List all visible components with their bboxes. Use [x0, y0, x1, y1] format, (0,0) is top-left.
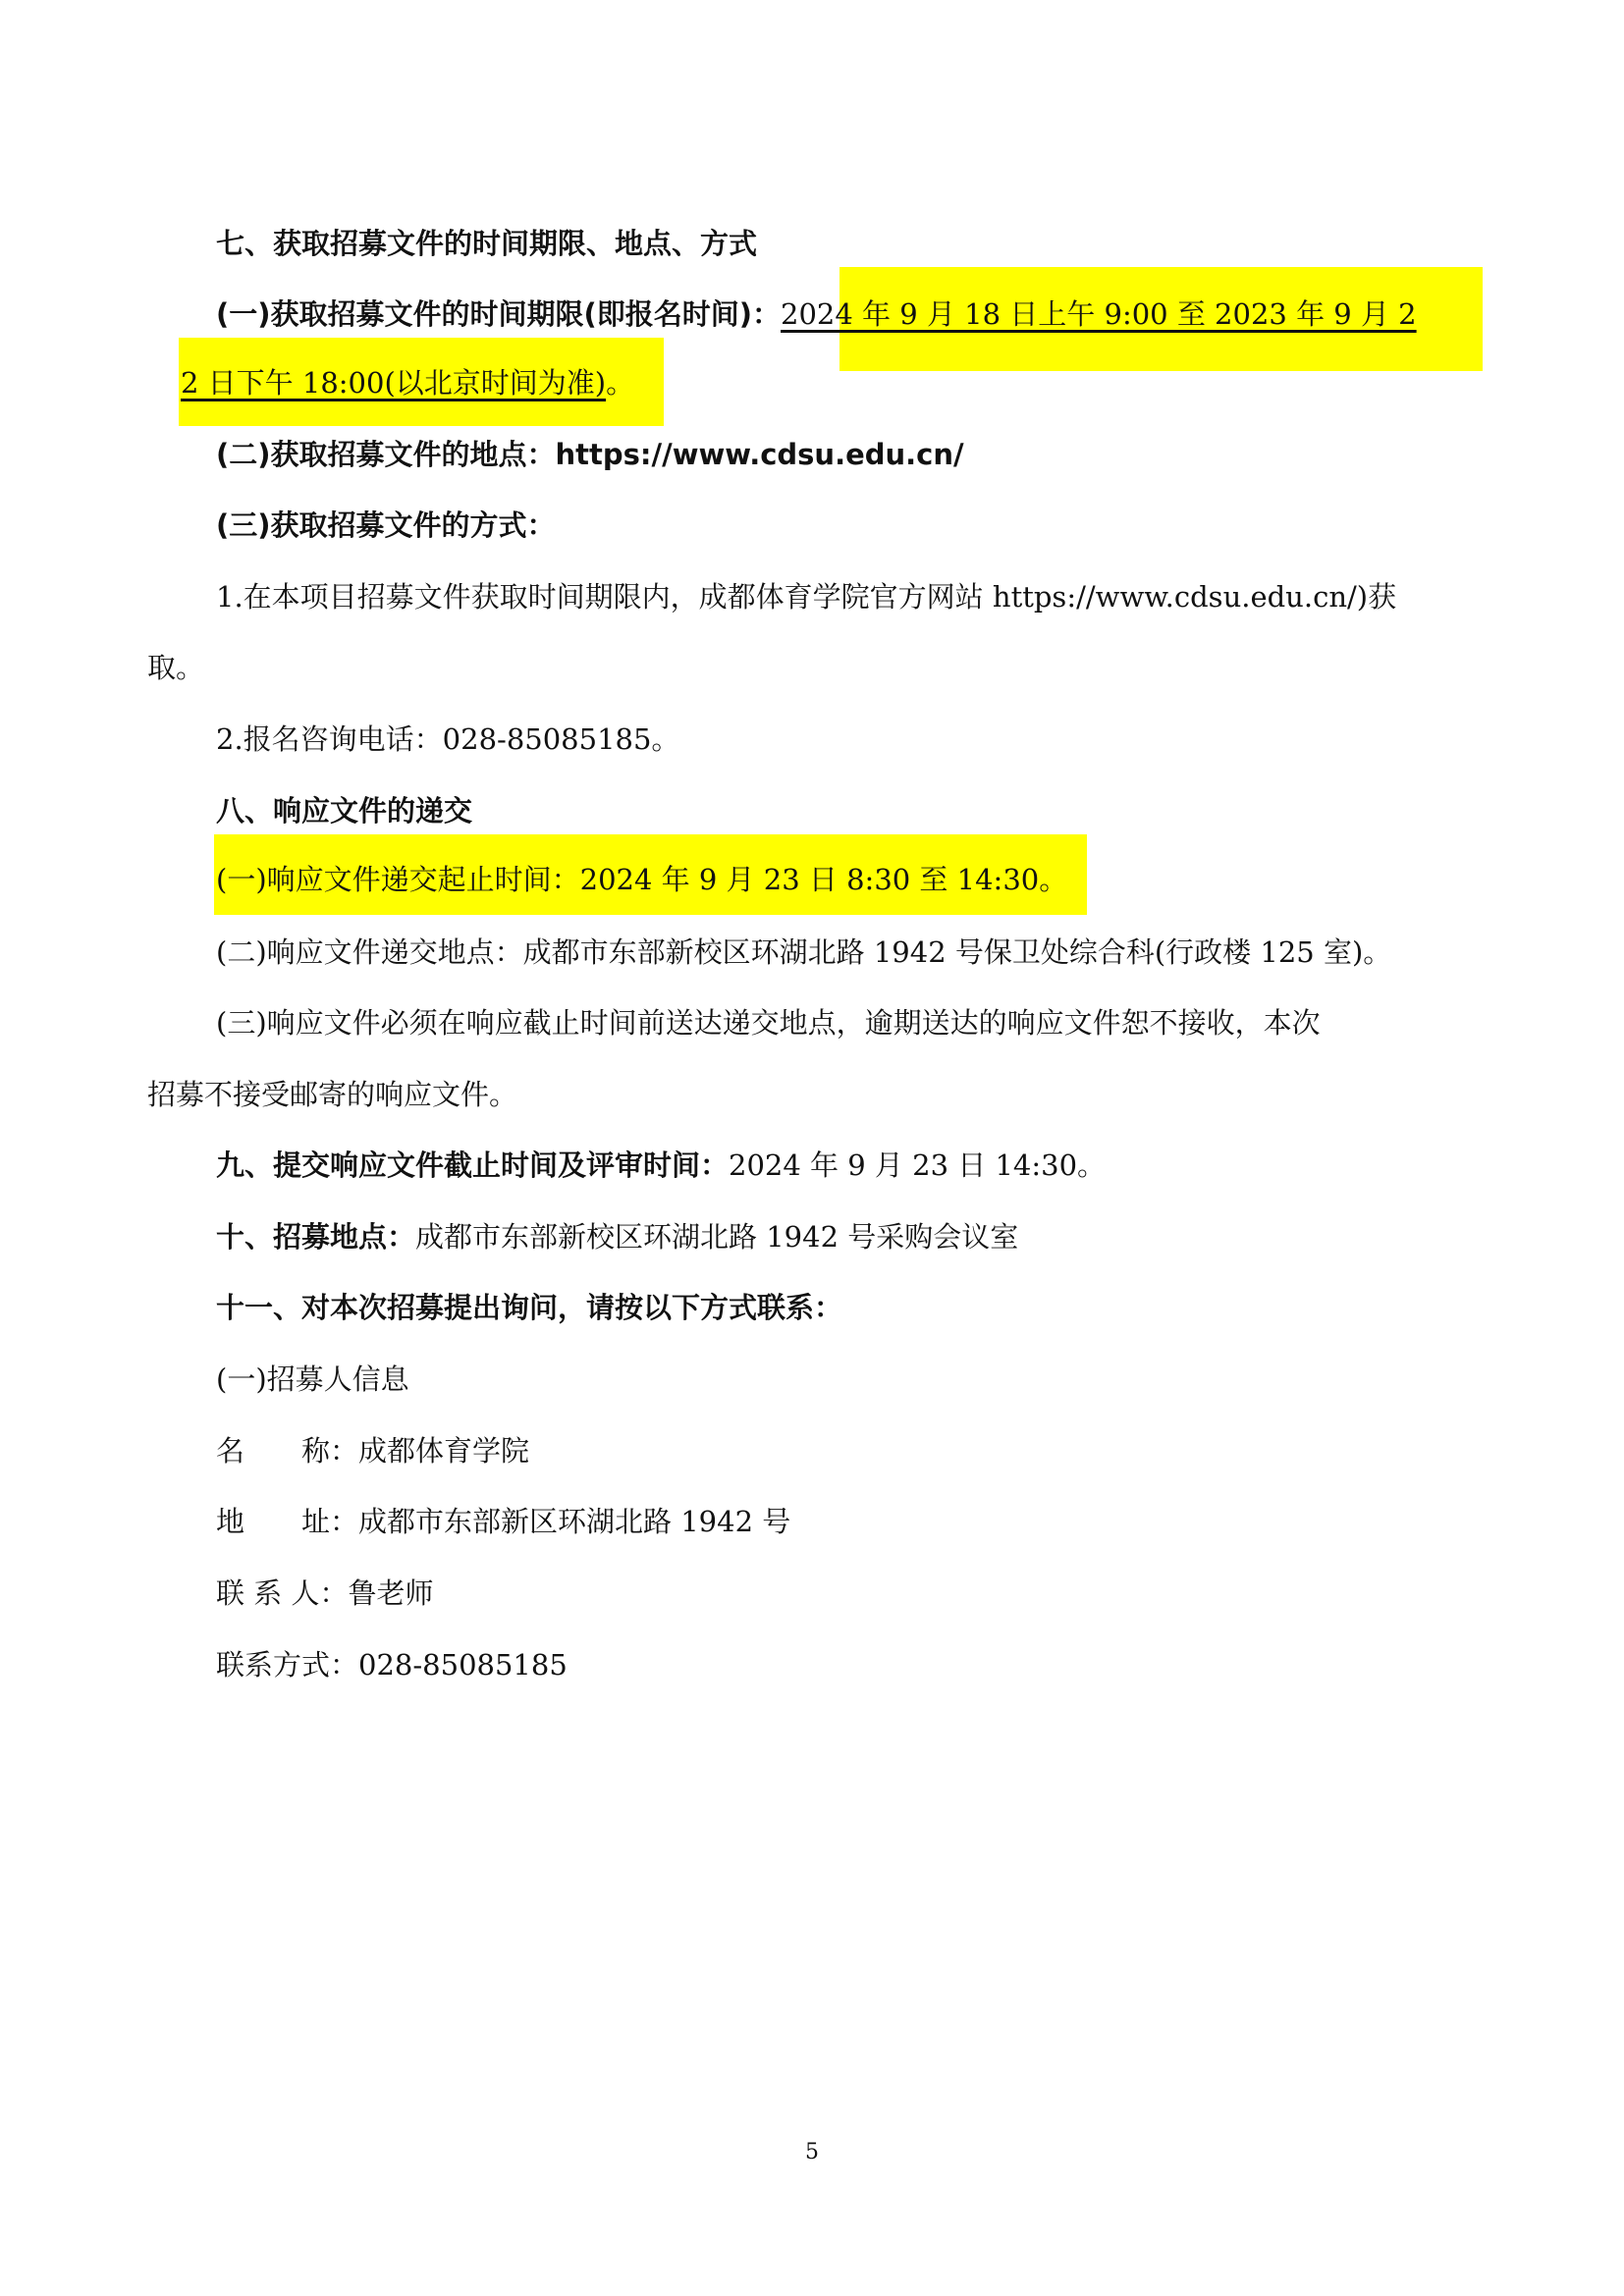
contact-address-row: 地 址：成都市东部新区环湖北路 1942 号: [216, 1502, 790, 1541]
sec8-item1: (一)响应文件递交起止时间：2024 年 9 月 23 日 8:30 至 14:…: [216, 860, 1067, 899]
sec7-item1: (一)获取招募文件的时间期限(即报名时间)：2024 年 9 月 18 日上午 …: [216, 294, 1417, 334]
sec7-item1-tail: 。: [606, 366, 634, 400]
sec10-value: 成都市东部新校区环湖北路 1942 号采购会议室: [415, 1220, 1018, 1254]
sec9: 九、提交响应文件截止时间及评审时间：2024 年 9 月 23 日 14:30。: [216, 1146, 1106, 1185]
sec11-sub-heading: (一)招募人信息: [216, 1360, 409, 1399]
section-8-heading: 八、响应文件的递交: [216, 791, 472, 830]
contact-address-value: 成都市东部新区环湖北路 1942 号: [358, 1505, 790, 1538]
contact-phone-row: 联系方式：028-85085185: [216, 1645, 568, 1684]
section-7-heading: 七、获取招募文件的时间期限、地点、方式: [216, 224, 757, 263]
section-9-heading: 九、提交响应文件截止时间及评审时间：: [216, 1148, 729, 1182]
contact-phone-value: 028-85085185: [358, 1648, 568, 1682]
contact-phone-label: 联系方式：: [216, 1645, 358, 1684]
sec10: 十、招募地点：成都市东部新校区环湖北路 1942 号采购会议室: [216, 1217, 1018, 1256]
contact-person-value: 鲁老师: [348, 1576, 433, 1610]
sec7-item2-label: (二)获取招募文件的地点：: [216, 438, 556, 471]
sec8-item3-line1: (三)响应文件必须在响应截止时间前送达递交地点，逾期送达的响应文件恕不接收，本次: [216, 1003, 1321, 1042]
sec8-item2: (二)响应文件递交地点：成都市东部新校区环湖北路 1942 号保卫处综合科(行政…: [216, 933, 1391, 972]
sec8-item3-line2: 招募不接受邮寄的响应文件。: [147, 1075, 517, 1114]
section-10-heading: 十、招募地点：: [216, 1220, 415, 1254]
contact-person-label: 联 系 人：: [216, 1574, 348, 1613]
sec7-item3-sub1-line1: 1.在本项目招募文件获取时间期限内，成都体育学院官方网站 https://www…: [216, 577, 1396, 616]
sec7-item1-cont: 2 日下午 18:00(以北京时间为准)。: [181, 363, 634, 402]
sec7-item2-url[interactable]: https://www.cdsu.edu.cn/: [556, 438, 964, 471]
sec7-item3-sub1-line2: 取。: [147, 648, 204, 687]
sec9-value: 2024 年 9 月 23 日 14:30。: [729, 1148, 1106, 1182]
contact-name-value: 成都体育学院: [358, 1434, 529, 1468]
sec7-item3-label: (三)获取招募文件的方式：: [216, 506, 556, 545]
contact-address-label: 地 址：: [216, 1502, 358, 1541]
sec7-item1-value-line2: 2 日下午 18:00(以北京时间为准): [181, 366, 606, 400]
section-11-heading: 十一、对本次招募提出询问，请按以下方式联系：: [216, 1288, 842, 1327]
contact-name-row: 名 称：成都体育学院: [216, 1431, 529, 1470]
contact-name-label: 名 称：: [216, 1431, 358, 1470]
sec7-item3-sub2: 2.报名咨询电话：028-85085185。: [216, 720, 679, 759]
sec7-item1-label: (一)获取招募文件的时间期限(即报名时间)：: [216, 297, 781, 331]
sec7-item1-value-line1: 2024 年 9 月 18 日上午 9:00 至 2023 年 9 月 2: [781, 297, 1417, 331]
sec7-item2: (二)获取招募文件的地点：https://www.cdsu.edu.cn/: [216, 435, 964, 474]
contact-person-row: 联 系 人：鲁老师: [216, 1574, 433, 1613]
page-number: 5: [805, 2140, 819, 2164]
